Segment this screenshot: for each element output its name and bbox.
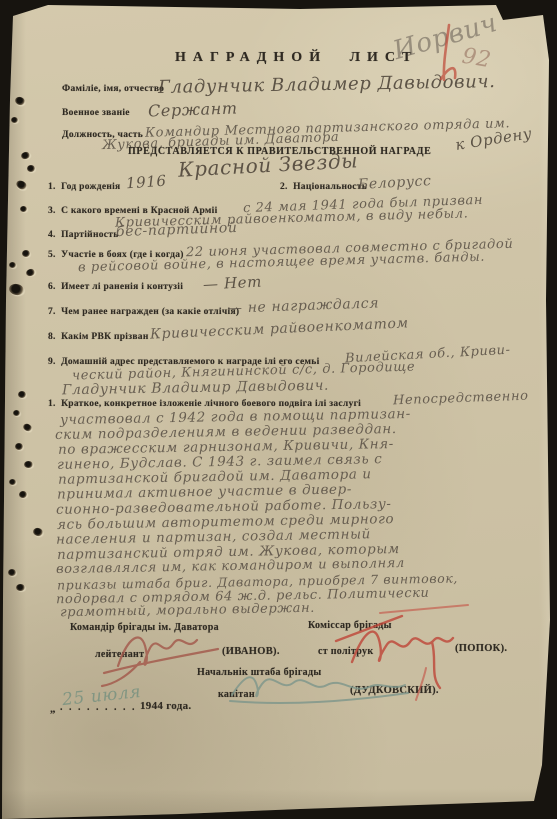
paper-damage-hole [18, 391, 26, 398]
paper-damage-hole [8, 569, 16, 576]
paper-damage-hole [9, 479, 16, 485]
corner-number: 92 [460, 44, 493, 74]
wounds-value: — Нет [203, 272, 263, 293]
rvk-label: 8. Какім РВК прізван [48, 332, 149, 342]
commissar-rank: ст політрук [318, 646, 373, 657]
paper-damage-hole [24, 461, 33, 468]
chief-rank: капітан [218, 689, 255, 700]
chief-name: (ДУДКОВСКИЙ). [350, 685, 439, 696]
paper-damage-hole [27, 165, 35, 172]
commander-rank: лейтенант [95, 649, 144, 660]
chief-title: Начальнік штаба брігады [197, 667, 321, 678]
nationality-label: 2. Національность [280, 182, 367, 192]
paper-damage-hole [15, 443, 23, 450]
paper-damage-hole [20, 206, 27, 212]
date-printed: 1944 года. [140, 700, 191, 712]
scanned-award-sheet: НАГРАДНОЙ ЛИСТ Иорвич 92 Фаміліе, імя, о… [0, 0, 557, 819]
commander-title: Командір брігады ім. Даватора [70, 622, 219, 633]
wounds-label: 6. Имеет лі раненія і контузіі [48, 282, 183, 292]
date-quote: „ [50, 703, 56, 715]
birth-year-value: 1916 [125, 172, 167, 193]
paper-damage-hole [16, 584, 25, 591]
paper-damage-hole [11, 117, 18, 123]
paper-damage-hole [9, 262, 16, 268]
paper-damage-hole [13, 410, 20, 416]
birth-year-label: 1. Год рожденія [48, 182, 121, 192]
date-dots: . . . . . . . . . [60, 702, 137, 713]
commander-name: (ИВАНОВ). [222, 646, 280, 657]
commissar-title: Коміссар брігады [308, 620, 392, 631]
rank-label: Военное званіе [62, 108, 130, 118]
name-label: Фаміліе, імя, отчество [62, 84, 164, 94]
rank-value: Сержант [148, 98, 238, 120]
previous-awards-label: 7. Чем ранее награжден (за какіе отлічія… [48, 307, 239, 317]
document-title: НАГРАДНОЙ ЛИСТ [175, 50, 418, 66]
paper-damage-hole [22, 250, 30, 257]
party-label: 4. Партійность [48, 230, 119, 240]
commissar-name: (ПОПОК). [455, 643, 507, 654]
